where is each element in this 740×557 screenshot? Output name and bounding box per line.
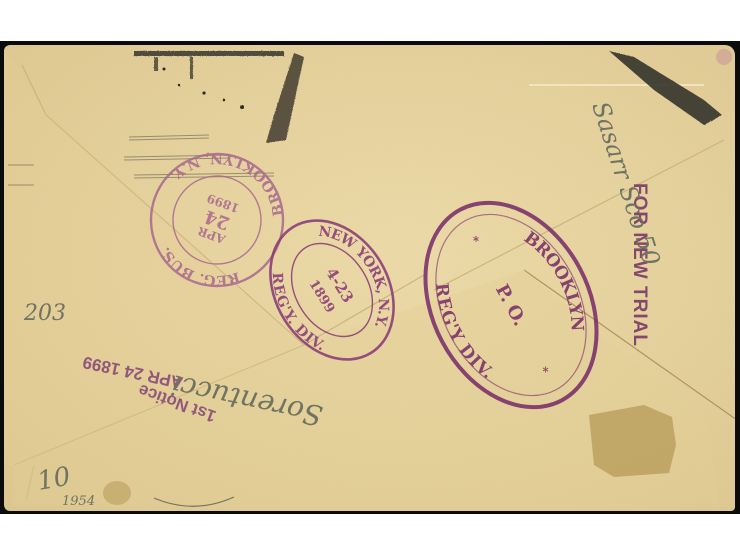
svg-text:203: 203 [23,301,66,326]
small-stain [103,481,131,505]
envelope-artwork: REG. BUS. BROOKLYN, N.Y. APR 24 1899 NEW… [4,45,735,511]
svg-text:10: 10 [35,462,73,497]
photo-stage: REG. BUS. BROOKLYN, N.Y. APR 24 1899 NEW… [0,0,740,557]
svg-text:1954: 1954 [62,494,95,509]
envelope-back: REG. BUS. BROOKLYN, N.Y. APR 24 1899 NEW… [4,45,735,511]
corner-mark [716,49,732,65]
glue-stain [589,405,676,477]
